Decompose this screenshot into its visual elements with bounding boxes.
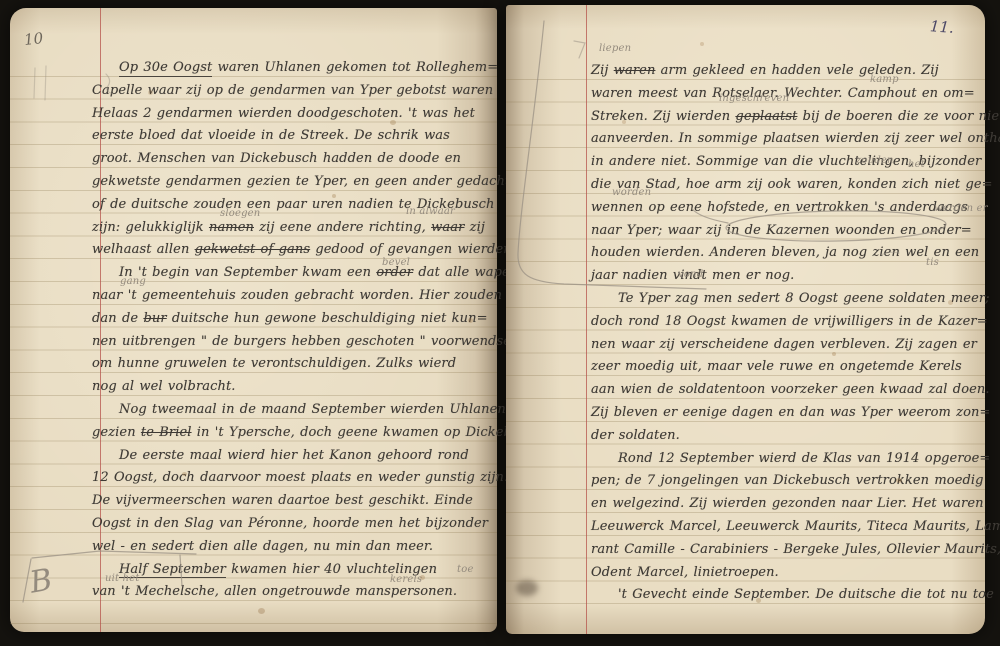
right-page: 11. Zij waren arm gekleed en hadden vele… — [506, 5, 985, 634]
handwriting-line: zijn: gelukkiglijk namen zij eene andere… — [92, 220, 485, 243]
pencil-note: uit het — [105, 573, 140, 584]
handwriting-line: gezien te Briel in 't Ypersche, doch gee… — [92, 425, 543, 448]
handwriting-line: Zij bleven er eenige dagen en dan was Yp… — [591, 405, 991, 428]
handwriting-line: nog al wel volbracht. — [92, 379, 236, 402]
left-page: 10 Op 30e Oogst waren Uhlanen gekomen to… — [10, 8, 497, 632]
handwriting-line: Leeuwerck Marcel, Leeuwerck Maurits, Tit… — [591, 519, 1000, 542]
handwriting-line: De vijvermeerschen waren daartoe best ge… — [92, 493, 473, 516]
handwriting-line: wennen op eene hofstede, en vertrokken '… — [591, 200, 968, 223]
handwriting-line: en welgezind. Zij wierden gezonden naar … — [591, 496, 984, 519]
handwriting-line: rant Camille - Carabiniers - Bergeke Jul… — [591, 542, 1000, 565]
handwriting-line: Oogst in den Slag van Péronne, hoorde me… — [92, 516, 488, 539]
handwriting-line: Helaas 2 gendarmen wierden doodgeschoten… — [92, 106, 475, 129]
handwriting-line: groot. Menschen van Dickebusch hadden de… — [92, 151, 461, 174]
pencil-note: zouden — [856, 155, 894, 166]
handwriting-line: 't Gevecht einde September. De duitsche … — [591, 587, 994, 610]
handwriting-line: De eerste maal wierd hier het Kanon geho… — [92, 448, 469, 471]
handwriting-line: der soldaten. — [591, 428, 680, 451]
pencil-note: liepen — [599, 43, 631, 54]
handwriting-line: nen uitbrengen " de burgers hebben gesch… — [92, 334, 515, 357]
handwriting-line: pen; de 7 jongelingen van Dickebusch ver… — [591, 473, 984, 496]
handwriting-line: doch rond 18 Oogst kwamen de vrijwillige… — [591, 314, 988, 337]
pencil-note: worden — [612, 187, 651, 198]
handwriting-line: In 't begin van September kwam een order… — [92, 265, 525, 288]
handwriting-line: welhaast allen gekwetst of gans gedood o… — [92, 242, 516, 265]
handwriting-line: aan wien de soldatentoon voorzeker geen … — [591, 382, 990, 405]
handwriting-line: naar 't gemeentehuis zouden gebracht wor… — [92, 288, 502, 311]
pencil-note: het — [908, 159, 925, 170]
handwriting-line: naar Yper; waar zij in de Kazernen woond… — [591, 223, 972, 246]
pencil-note: bevel — [382, 257, 410, 268]
pencil-note: in alwaar — [406, 206, 455, 217]
handwriting-line: zeer moedig uit, maar vele ruwe en onget… — [591, 359, 962, 382]
handwriting-block: Op 30e Oogst waren Uhlanen gekomen tot R… — [10, 8, 497, 632]
pencil-note: vond — [678, 269, 703, 280]
handwriting-line: aanveerden. In sommige plaatsen wierden … — [591, 131, 1000, 154]
handwriting-line: Half September kwamen hier 40 vluchtelin… — [92, 562, 437, 585]
handwriting-line: 12 Oogst, doch daarvoor moest plaats en … — [92, 470, 508, 493]
scanned-diary-photo: 10 Op 30e Oogst waren Uhlanen gekomen to… — [0, 0, 1000, 646]
handwriting-line: om hunne gruwelen te verontschuldigen. Z… — [92, 356, 456, 379]
handwriting-line: Op 30e Oogst waren Uhlanen gekomen tot R… — [92, 60, 498, 83]
pencil-note: toe — [457, 564, 474, 575]
handwriting-line: eerste bloed dat vloeide in de Streek. D… — [92, 128, 450, 151]
handwriting-line: houden wierden. Anderen bleven, ja nog z… — [591, 245, 979, 268]
pencil-note: tis — [926, 257, 939, 268]
pencil-note: gang — [120, 276, 146, 287]
handwriting-line: dan de bur duitsche hun gewone beschuldi… — [92, 311, 488, 334]
pencil-note: kamp — [870, 74, 899, 85]
handwriting-line: nen waar zij verscheidene dagen verbleve… — [591, 337, 977, 360]
pencil-note: ingeschreven — [719, 93, 789, 104]
handwriting-line: Te Yper zag men sedert 8 Oogst geene sol… — [591, 291, 990, 314]
handwriting-line: Nog tweemaal in de maand September wierd… — [92, 402, 506, 425]
pencil-note: werden er — [934, 203, 988, 214]
handwriting-line: wel - en sedert dien alle dagen, nu min … — [92, 539, 433, 562]
handwriting-line: gekwetste gendarmen gezien te Yper, en g… — [92, 174, 510, 197]
handwriting-line: Odent Marcel, linietroepen. — [591, 565, 779, 588]
pencil-note: sloegen — [220, 208, 260, 219]
handwriting-line: Streken. Zij wierden geplaatst bij de bo… — [591, 109, 1000, 132]
pencil-note: kerels — [390, 574, 422, 585]
handwriting-line: Rond 12 September wierd de Klas van 1914… — [591, 451, 990, 474]
handwriting-line: van 't Mechelsche, allen ongetrouwde man… — [92, 584, 457, 607]
handwriting-line: Capelle waar zij op de gendarmen van Ype… — [92, 83, 493, 106]
